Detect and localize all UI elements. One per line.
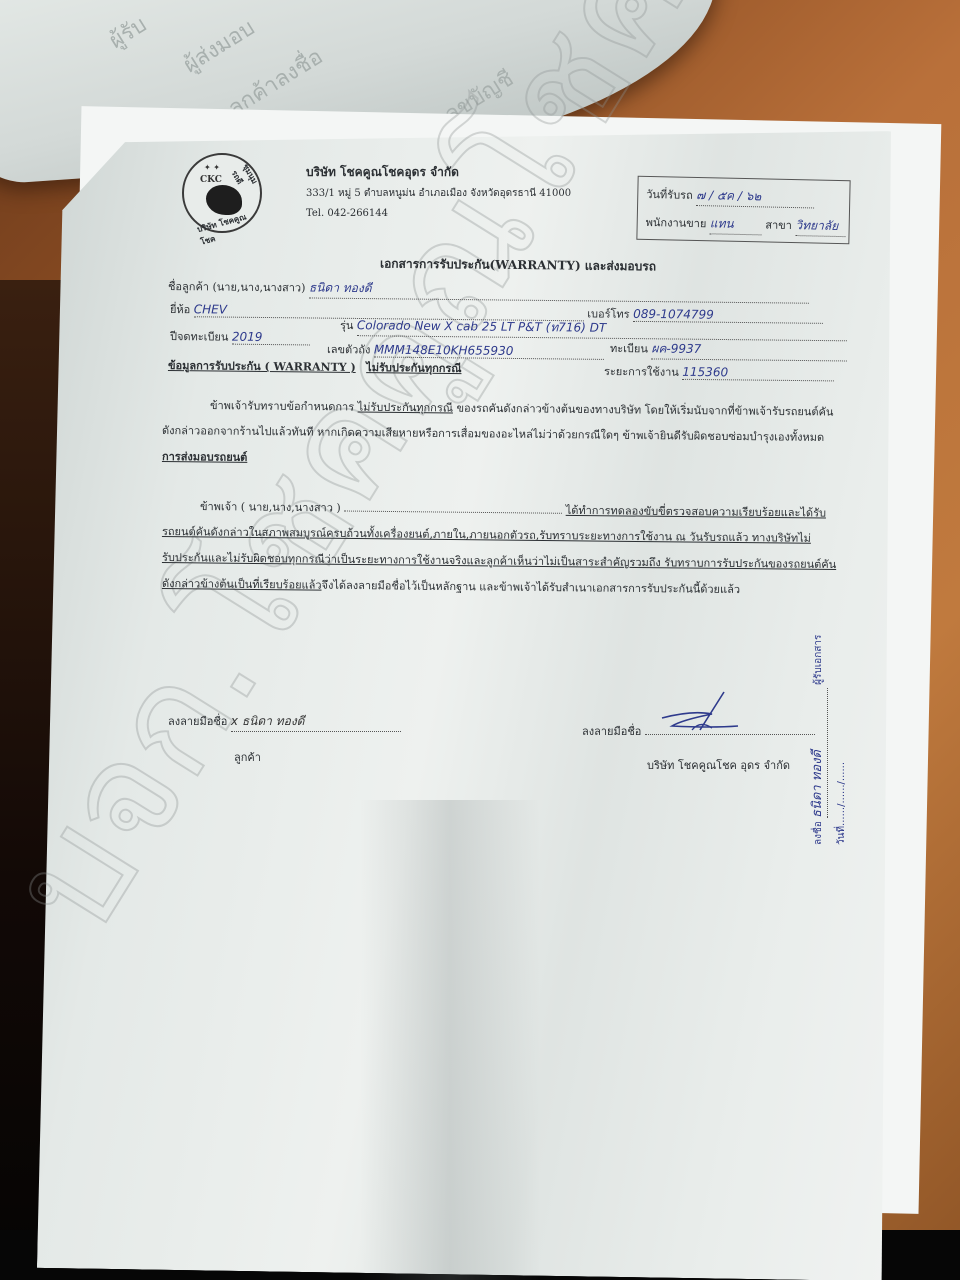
company-signature-label: ลงลายมือชื่อ [582,725,641,738]
mileage-field[interactable]: 115360 [682,365,834,382]
salesperson-row: พนักงานขาย แทน สาขา วิทยาลัย [645,213,845,237]
company-logo: ✦ ✦ CKC ชุมนุม รถดี บริษัท โชคคูณโชค [182,153,262,233]
watermark: บจก.โชคคูณโชค [0,0,747,978]
customer-role: ลูกค้า [234,748,261,766]
receiver-date-field[interactable]: วันที่....../....../...... [834,635,849,845]
customer-signature-row: ลงลายมือชื่อ x ธนิดา ทองดี [168,712,401,732]
branch-label: สาขา [765,218,792,232]
warranty-info-label: ข้อมูลการรับประกัน ( WARRANTY ) [168,356,356,376]
customer-name-blank[interactable] [344,511,562,514]
reg-year-row: ปีจดทะเบียน 2019 [170,327,310,346]
receiver-stamp: ลงชื่อ ธนิดา ทองดี ผู้รับเอกสาร วันที่..… [806,635,849,845]
plate-field[interactable]: ผค-9937 [651,339,847,361]
form-title: เอกสารการรับประกัน(WARRANTY) และส่งมอบรถ [380,255,656,277]
receiver-signature-row: ลงชื่อ ธนิดา ทองดี ผู้รับเอกสาร [806,635,828,845]
model-label: รุ่น [340,316,354,334]
plate-label: ทะเบียน [610,339,648,357]
receiver-role: ผู้รับเอกสาร [813,635,824,685]
company-role: บริษัท โชคคูณโชค อุดร จำกัด [647,756,790,774]
receipt-box: วันที่รับรถ ๗ / ๕ค / ๖๒ พนักงานขาย แทน ส… [636,176,850,244]
chassis-label: เลขตัวถัง [327,340,371,358]
delivery-heading: การส่งมอบรถยนต์ [162,447,248,466]
star-icon: ✦ ✦ [204,163,220,172]
terms-text: จึงได้ลงลายมือชื่อไว้เป็นหลักฐาน และข้าพ… [321,579,740,596]
terms-text: ข้าพเจ้า ( นาย,นาง,นางสาว ) [200,500,341,514]
reg-year-field[interactable]: 2019 [232,330,310,346]
receiver-label: ลงชื่อ [813,821,824,845]
terms-emphasis: ดังกล่าวข้างต้นเป็นที่เรียบร้อยแล้ว [162,577,322,592]
mileage-row: ระยะการใช้งาน 115360 [604,362,835,382]
customer-signature-field[interactable]: x ธนิดา ทองดี [231,712,401,732]
plate-row: ทะเบียน ผค-9937 [610,339,848,361]
warranty-info-value: ไม่รับประกันทุกกรณี [366,358,462,377]
company-tel: Tel. 042-266144 [306,208,388,219]
chassis-field[interactable]: MMM148E10KH655930 [374,342,604,359]
company-signature-field[interactable] [645,734,815,735]
mileage-label: ระยะการใช้งาน [604,362,679,381]
company-signature-row: ลงลายมือชื่อ [582,722,815,740]
company-name: บริษัท โชคคูณโชคอุดร จำกัด [306,163,459,182]
receiver-signature-field[interactable]: ธนิดา ทองดี [806,688,828,818]
brand-label: ยี่ห้อ [170,300,190,318]
salesperson-label: พนักงานขาย [646,216,707,230]
received-date-field[interactable]: ๗ / ๕ค / ๖๒ [696,186,814,208]
company-address: 333/1 หมู่ 5 ตำบลหนูม่น อำเภอเมือง จังหว… [306,186,571,201]
terms-text: ของรถคันดังกล่าวข้างต้นของทางบริษัท โดยใ… [456,402,833,419]
salesperson-field[interactable]: แทน [710,214,762,235]
customer-name-label: ชื่อลูกค้า (นาย,นาง,นางสาว) [168,277,306,296]
warranty-info-row: ข้อมูลการรับประกัน ( WARRANTY ) ไม่รับปร… [168,356,462,377]
logo-text: CKC [200,175,222,185]
branch-field[interactable]: วิทยาลัย [795,216,845,237]
customer-signature-label: ลงลายมือชื่อ [168,715,227,728]
logo-ring-text: บริษัท โชคคูณโชค [196,207,263,248]
terms-emphasis: ได้ทำการทดลองขับขี่ตรวจสอบความเรียบร้อยแ… [566,504,826,520]
received-date-row: วันที่รับรถ ๗ / ๕ค / ๖๒ [646,185,814,209]
terms-text: ข้าพเจ้ารับทราบข้อกำหนดการ [210,399,354,414]
warranty-document: บจก.โชคคูณโชค ✦ ✦ CKC ชุมนุม รถดี บริษัท… [0,0,960,1280]
customer-name-row: ชื่อลูกค้า (นาย,นาง,นางสาว) ธนิดา ทองดี [168,277,809,304]
received-date-label: วันที่รับรถ [646,188,693,202]
terms-emphasis: ไม่รับประกันทุกกรณี [358,401,453,415]
reg-year-label: ปีจดทะเบียน [170,327,229,346]
